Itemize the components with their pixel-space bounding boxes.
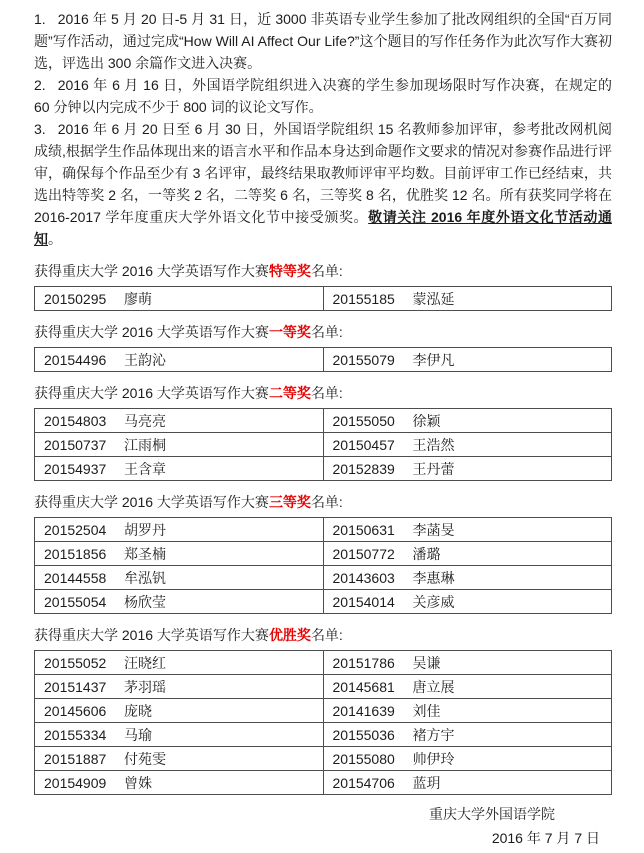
student-name: 王丹蕾 [413, 461, 455, 477]
student-name: 潘璐 [413, 546, 441, 562]
award-heading: 获得重庆大学 2016 大学英语写作大赛优胜奖名单: [34, 624, 612, 646]
table-row: 20154937王含章 20152839王丹蕾 [35, 457, 612, 481]
table-row: 20155334马瑜 20155036褚方宇 [35, 723, 612, 747]
winner-cell: 20155080帅伊玲 [323, 747, 612, 771]
intro-text-2: 2016 年 6 月 16 日，外国语学院组织进入决赛的学生参加现场限时写作决赛… [34, 77, 612, 115]
student-name: 刘佳 [413, 703, 441, 719]
student-name: 马亮亮 [124, 413, 166, 429]
heading-prefix: 获得重庆大学 2016 大学英语写作大赛 [34, 324, 269, 340]
student-name: 关彦威 [413, 594, 455, 610]
winner-cell: 20155050徐颖 [323, 409, 612, 433]
table-row: 20144558牟泓钒 20143603李惠琳 [35, 566, 612, 590]
student-id: 20150295 [44, 291, 124, 307]
table-row: 20152504胡罗丹 20150631李菡旻 [35, 518, 612, 542]
student-name: 曾姝 [124, 775, 152, 791]
winner-cell: 20150737江雨桐 [35, 433, 324, 457]
winner-cell: 20141639刘佳 [323, 699, 612, 723]
winners-table-merit: 20155052汪晓红 20151786吴谦 20151437茅羽瑶 20145… [34, 650, 612, 795]
heading-suffix: 名单: [311, 627, 343, 643]
list-number: 2. [34, 77, 58, 93]
table-row: 20155052汪晓红 20151786吴谦 [35, 651, 612, 675]
heading-suffix: 名单: [311, 324, 343, 340]
student-id: 20152504 [44, 522, 124, 538]
heading-prefix: 获得重庆大学 2016 大学英语写作大赛 [34, 627, 269, 643]
student-id: 20155185 [333, 291, 413, 307]
student-id: 20154937 [44, 461, 124, 477]
winner-cell: 20154803马亮亮 [35, 409, 324, 433]
winner-cell: 20151887付苑雯 [35, 747, 324, 771]
heading-prefix: 获得重庆大学 2016 大学英语写作大赛 [34, 263, 269, 279]
student-id: 20155054 [44, 594, 124, 610]
winner-cell: 20154937王含章 [35, 457, 324, 481]
award-name: 三等奖 [269, 494, 311, 510]
section-special-prize: 获得重庆大学 2016 大学英语写作大赛特等奖名单: 20150295廖萌 20… [34, 260, 612, 311]
winner-cell: 20152504胡罗丹 [35, 518, 324, 542]
winner-cell: 20143603李惠琳 [323, 566, 612, 590]
award-heading: 获得重庆大学 2016 大学英语写作大赛一等奖名单: [34, 321, 612, 343]
winner-cell: 20151856郑圣楠 [35, 542, 324, 566]
student-id: 20155334 [44, 727, 124, 743]
winner-cell: 20155054杨欣莹 [35, 590, 324, 614]
student-id: 20143603 [333, 570, 413, 586]
heading-prefix: 获得重庆大学 2016 大学英语写作大赛 [34, 494, 269, 510]
org-name: 重庆大学外国语学院 [34, 803, 555, 825]
winner-cell: 20152839王丹蕾 [323, 457, 612, 481]
section-first-prize: 获得重庆大学 2016 大学英语写作大赛一等奖名单: 20154496王韵沁 2… [34, 321, 612, 372]
table-row: 20151437茅羽瑶 20145681唐立展 [35, 675, 612, 699]
award-heading: 获得重庆大学 2016 大学英语写作大赛二等奖名单: [34, 382, 612, 404]
student-id: 20151887 [44, 751, 124, 767]
student-name: 付苑雯 [124, 751, 166, 767]
student-name: 蒙泓延 [413, 291, 455, 307]
winner-cell: 20150295廖萌 [35, 287, 324, 311]
intro-item-3: 3.2016 年 6 月 20 日至 6 月 30 日，外国语学院组织 15 名… [34, 118, 612, 250]
student-id: 20155050 [333, 413, 413, 429]
student-id: 20151437 [44, 679, 124, 695]
winner-cell: 20155185蒙泓延 [323, 287, 612, 311]
student-id: 20150457 [333, 437, 413, 453]
intro-text-3-tail: 。 [48, 231, 62, 247]
intro-item-1: 1.2016 年 5 月 20 日-5 月 31 日，近 3000 非英语专业学… [34, 8, 612, 74]
student-id: 20150772 [333, 546, 413, 562]
student-id: 20145606 [44, 703, 124, 719]
student-id: 20152839 [333, 461, 413, 477]
student-id: 20150631 [333, 522, 413, 538]
student-id: 20144558 [44, 570, 124, 586]
student-name: 唐立展 [413, 679, 455, 695]
student-id: 20154803 [44, 413, 124, 429]
award-name: 二等奖 [269, 385, 311, 401]
student-id: 20154909 [44, 775, 124, 791]
student-name: 蓝玥 [413, 775, 441, 791]
student-name: 帅伊玲 [413, 751, 455, 767]
signature-block: 重庆大学外国语学院 2016 年 7 月 7 日 [34, 803, 612, 849]
student-id: 20154014 [333, 594, 413, 610]
heading-suffix: 名单: [311, 494, 343, 510]
award-name: 特等奖 [269, 263, 311, 279]
student-id: 20154706 [333, 775, 413, 791]
student-id: 20155036 [333, 727, 413, 743]
winner-cell: 20150457王浩然 [323, 433, 612, 457]
student-name: 庞晓 [124, 703, 152, 719]
award-name: 一等奖 [269, 324, 311, 340]
winner-cell: 20154014关彦威 [323, 590, 612, 614]
student-id: 20155079 [333, 352, 413, 368]
student-name: 胡罗丹 [124, 522, 166, 538]
winner-cell: 20154496王韵沁 [35, 348, 324, 372]
table-row: 20150295廖萌 20155185蒙泓延 [35, 287, 612, 311]
student-id: 20145681 [333, 679, 413, 695]
winners-table-second: 20154803马亮亮 20155050徐颖 20150737江雨桐 20150… [34, 408, 612, 481]
student-name: 牟泓钒 [124, 570, 166, 586]
student-id: 20141639 [333, 703, 413, 719]
student-name: 王含章 [124, 461, 166, 477]
winners-table-special: 20150295廖萌 20155185蒙泓延 [34, 286, 612, 311]
intro-text-1: 2016 年 5 月 20 日-5 月 31 日，近 3000 非英语专业学生参… [34, 11, 612, 71]
section-third-prize: 获得重庆大学 2016 大学英语写作大赛三等奖名单: 20152504胡罗丹 2… [34, 491, 612, 614]
winner-cell: 20151786吴谦 [323, 651, 612, 675]
table-row: 20151887付苑雯 20155080帅伊玲 [35, 747, 612, 771]
table-row: 20145606庞晓 20141639刘佳 [35, 699, 612, 723]
winner-cell: 20144558牟泓钒 [35, 566, 324, 590]
student-id: 20155080 [333, 751, 413, 767]
winner-cell: 20150772潘璐 [323, 542, 612, 566]
section-second-prize: 获得重庆大学 2016 大学英语写作大赛二等奖名单: 20154803马亮亮 2… [34, 382, 612, 481]
student-name: 吴谦 [413, 655, 441, 671]
winners-table-first: 20154496王韵沁 20155079李伊凡 [34, 347, 612, 372]
list-number: 3. [34, 121, 58, 137]
heading-suffix: 名单: [311, 263, 343, 279]
table-row: 20154496王韵沁 20155079李伊凡 [35, 348, 612, 372]
section-merit-prize: 获得重庆大学 2016 大学英语写作大赛优胜奖名单: 20155052汪晓红 2… [34, 624, 612, 795]
student-name: 汪晓红 [124, 655, 166, 671]
student-name: 褚方宇 [413, 727, 455, 743]
award-heading: 获得重庆大学 2016 大学英语写作大赛特等奖名单: [34, 260, 612, 282]
date: 2016 年 7 月 7 日 [34, 827, 600, 849]
winner-cell: 20150631李菡旻 [323, 518, 612, 542]
winner-cell: 20155079李伊凡 [323, 348, 612, 372]
student-name: 李伊凡 [413, 352, 455, 368]
student-name: 廖萌 [124, 291, 152, 307]
student-name: 王浩然 [413, 437, 455, 453]
student-name: 茅羽瑶 [124, 679, 166, 695]
table-row: 20155054杨欣莹 20154014关彦威 [35, 590, 612, 614]
student-name: 马瑜 [124, 727, 152, 743]
student-name: 郑圣楠 [124, 546, 166, 562]
student-id: 20151856 [44, 546, 124, 562]
winner-cell: 20154909曾姝 [35, 771, 324, 795]
heading-suffix: 名单: [311, 385, 343, 401]
student-name: 王韵沁 [124, 352, 166, 368]
award-name: 优胜奖 [269, 627, 311, 643]
winner-cell: 20145606庞晓 [35, 699, 324, 723]
winner-cell: 20155036褚方宇 [323, 723, 612, 747]
table-row: 20154909曾姝 20154706蓝玥 [35, 771, 612, 795]
student-id: 20155052 [44, 655, 124, 671]
winners-table-third: 20152504胡罗丹 20150631李菡旻 20151856郑圣楠 2015… [34, 517, 612, 614]
student-name: 李惠琳 [413, 570, 455, 586]
student-id: 20151786 [333, 655, 413, 671]
table-row: 20150737江雨桐 20150457王浩然 [35, 433, 612, 457]
table-row: 20154803马亮亮 20155050徐颖 [35, 409, 612, 433]
winner-cell: 20155052汪晓红 [35, 651, 324, 675]
heading-prefix: 获得重庆大学 2016 大学英语写作大赛 [34, 385, 269, 401]
intro-item-2: 2.2016 年 6 月 16 日，外国语学院组织进入决赛的学生参加现场限时写作… [34, 74, 612, 118]
student-name: 徐颖 [413, 413, 441, 429]
student-id: 20150737 [44, 437, 124, 453]
student-name: 江雨桐 [124, 437, 166, 453]
table-row: 20151856郑圣楠 20150772潘璐 [35, 542, 612, 566]
winner-cell: 20154706蓝玥 [323, 771, 612, 795]
winner-cell: 20145681唐立展 [323, 675, 612, 699]
student-name: 杨欣莹 [124, 594, 166, 610]
list-number: 1. [34, 11, 58, 27]
student-name: 李菡旻 [413, 522, 455, 538]
winner-cell: 20151437茅羽瑶 [35, 675, 324, 699]
student-id: 20154496 [44, 352, 124, 368]
document-page: 1.2016 年 5 月 20 日-5 月 31 日，近 3000 非英语专业学… [0, 0, 644, 853]
winner-cell: 20155334马瑜 [35, 723, 324, 747]
award-heading: 获得重庆大学 2016 大学英语写作大赛三等奖名单: [34, 491, 612, 513]
